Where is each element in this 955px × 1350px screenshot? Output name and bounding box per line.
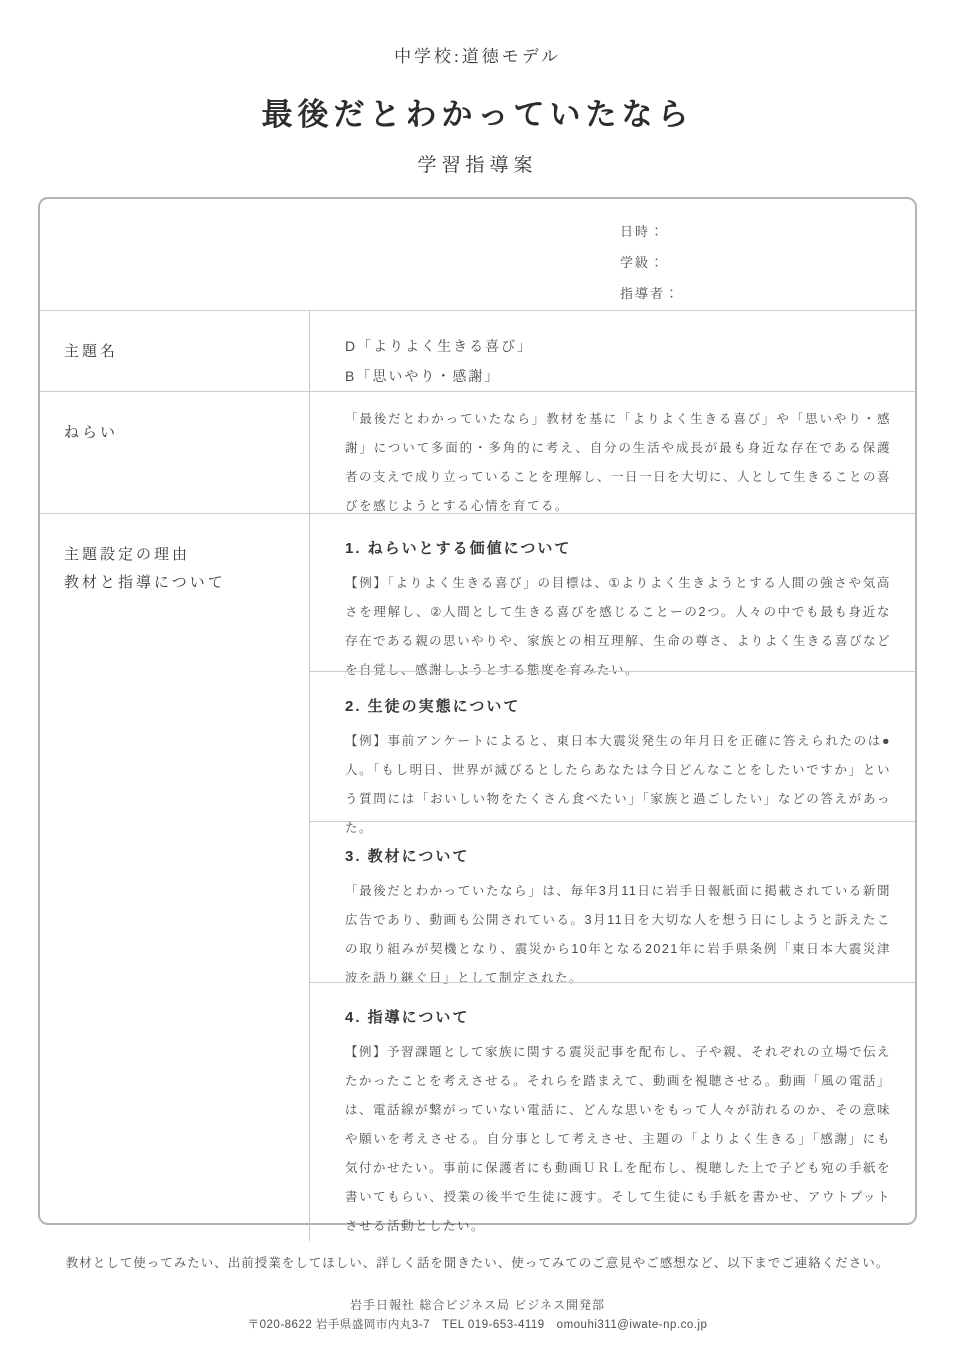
section-3-heading: 3. 教材について: [345, 845, 891, 866]
theme-content-cell: D「よりよく生きる喜び」 B「思いやり・感謝」: [310, 311, 915, 391]
organization-address: 〒020-8622 岩手県盛岡市内丸3-7 TEL 019-653-4119 o…: [0, 1316, 955, 1332]
datetime-label: 日時：: [620, 221, 915, 242]
lesson-plan-document: { "header": { "school_type": "中学校:道徳モデル"…: [0, 0, 955, 1350]
section-student-reality: 2. 生徒の実態について 【例】事前アンケートによると、東日本大震災発生の年月日…: [310, 671, 915, 821]
aim-label-cell: ねらい: [40, 392, 310, 513]
document-subtitle: 学習指導案: [0, 150, 955, 177]
aim-body-text: 「最後だとわかっていたなら」教材を基に「よりよく生きる喜び」や「思いやり・感謝」…: [345, 405, 891, 521]
contact-note: 教材として使ってみたい、出前授業をしてほしい、詳しく話を聞きたい、使ってみてのご…: [0, 1253, 955, 1271]
aim-content: 「最後だとわかっていたなら」教材を基に「よりよく生きる喜び」や「思いやり・感謝」…: [310, 392, 915, 521]
section-3-body: 「最後だとわかっていたなら」は、毎年3月11日に岩手日報紙面に掲載されている新聞…: [345, 877, 891, 993]
section-guidance: 4. 指導について 【例】予習課題として家族に関する震災記事を配布し、子や親、そ…: [310, 982, 915, 1241]
section-1-body: 【例】「よりよく生きる喜び」の目標は、①よりよく生きようとする人間の強さや気高さ…: [345, 569, 891, 685]
section-4-heading: 4. 指導について: [345, 1006, 891, 1027]
reason-content-cell: 1. ねらいとする価値について 【例】「よりよく生きる喜び」の目標は、①よりよく…: [310, 514, 915, 1241]
theme-label-cell: 主題名: [40, 311, 310, 391]
instructor-label: 指導者：: [620, 283, 915, 304]
reason-row-label-line1: 主題設定の理由: [64, 541, 291, 569]
theme-content: D「よりよく生きる喜び」 B「思いやり・感謝」: [310, 311, 915, 391]
reason-row: 主題設定の理由 教材と指導について 1. ねらいとする価値について 【例】「より…: [40, 513, 915, 1241]
theme-row-label: 主題名: [64, 338, 291, 366]
theme-value-b: B「思いやり・感謝」: [345, 361, 895, 391]
section-1-heading: 1. ねらいとする価値について: [345, 537, 891, 558]
organization-name: 岩手日報社 総合ビジネス局 ビジネス開発部: [0, 1296, 955, 1313]
section-2-heading: 2. 生徒の実態について: [345, 695, 891, 716]
section-aim-value: 1. ねらいとする価値について 【例】「よりよく生きる喜び」の目標は、①よりよく…: [310, 514, 915, 671]
reason-row-label-line2: 教材と指導について: [64, 569, 291, 597]
aim-row: ねらい 「最後だとわかっていたなら」教材を基に「よりよく生きる喜び」や「思いやり…: [40, 391, 915, 513]
meta-info-cell: 日時： 学級： 指導者：: [40, 199, 915, 310]
theme-row: 主題名 D「よりよく生きる喜び」 B「思いやり・感謝」: [40, 310, 915, 391]
theme-value-d: D「よりよく生きる喜び」: [345, 331, 895, 361]
aim-row-label: ねらい: [64, 419, 291, 447]
school-type-label: 中学校:道徳モデル: [0, 42, 955, 67]
class-label: 学級：: [620, 252, 915, 273]
lesson-plan-table: 日時： 学級： 指導者： 主題名 D「よりよく生きる喜び」 B「思いやり・感謝」…: [38, 197, 917, 1225]
section-4-body: 【例】予習課題として家族に関する震災記事を配布し、子や親、それぞれの立場で伝えた…: [345, 1038, 891, 1241]
section-teaching-material: 3. 教材について 「最後だとわかっていたなら」は、毎年3月11日に岩手日報紙面…: [310, 821, 915, 982]
reason-label-cell: 主題設定の理由 教材と指導について: [40, 514, 310, 1241]
page-header: 中学校:道徳モデル 最後だとわかっていたなら 学習指導案: [0, 0, 955, 177]
aim-content-cell: 「最後だとわかっていたなら」教材を基に「よりよく生きる喜び」や「思いやり・感謝」…: [310, 392, 915, 513]
document-title: 最後だとわかっていたなら: [0, 89, 955, 134]
